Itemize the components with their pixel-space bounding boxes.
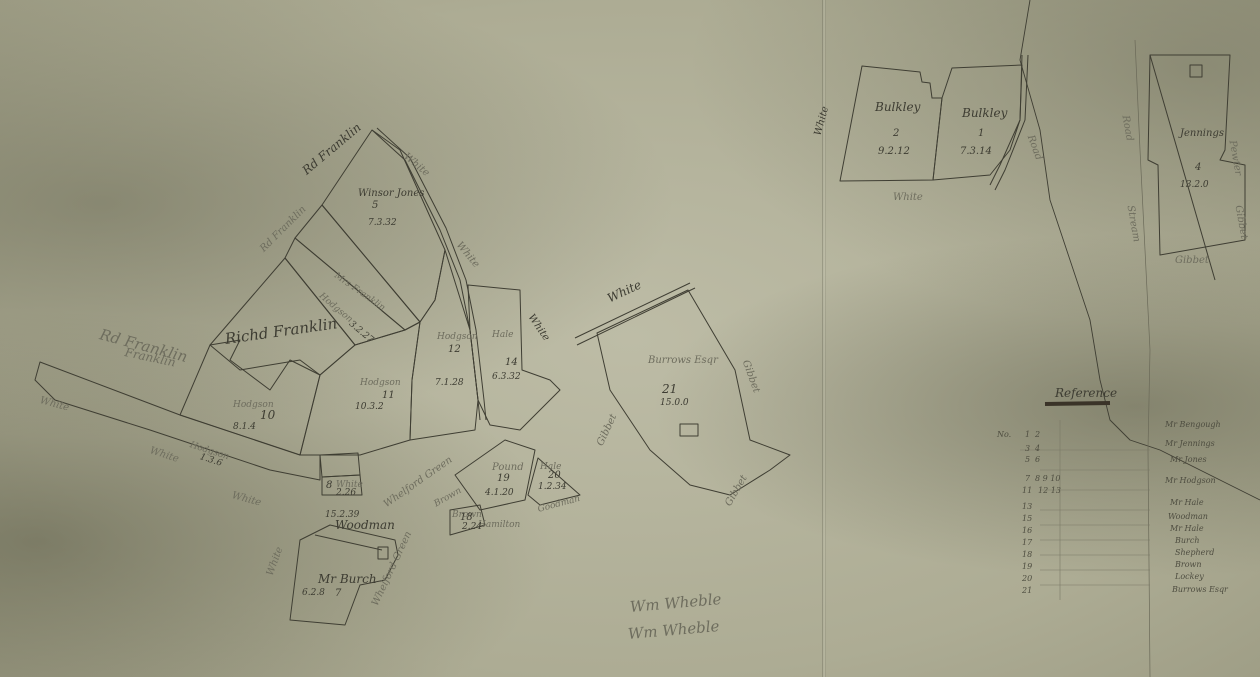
parcel-4-number: 4 (1195, 162, 1201, 173)
parcel-5-number: 5 (372, 200, 378, 211)
parcel-20-area: 1.2.34 (538, 482, 567, 492)
ref-no: 11 (1022, 486, 1032, 495)
parcel-1-number: 1 (978, 128, 984, 139)
label-gibbet-se: Gibbet (1175, 255, 1209, 266)
parcel-19-owner: Pound (492, 462, 524, 473)
parcel-1-area: 7.3.14 (960, 146, 992, 157)
ref-no: 5 (1025, 455, 1030, 464)
parcel-21-area: 15.0.0 (660, 398, 689, 408)
parcel-12-number: 12 (448, 344, 461, 355)
parcel-14-area: 6.3.32 (492, 372, 521, 382)
ref-no: 13 (1022, 502, 1032, 511)
ref-no: 1 (1025, 430, 1030, 439)
parcel-2-owner: Bulkley (875, 100, 920, 114)
parcel-11-number: 11 (382, 390, 395, 401)
parcel-21-owner: Burrows Esqr (648, 355, 718, 366)
parcel-5-area: 7.3.32 (368, 218, 397, 228)
parcel-12-owner: Hodgson (437, 332, 478, 342)
parcel-7-owner: Mr Burch (318, 572, 377, 586)
parcel-4-owner: Jennings (1180, 128, 1224, 139)
ref-name: Mr Jones (1170, 455, 1207, 464)
parcel-1-owner: Bulkley (962, 106, 1007, 120)
ref-sub: 6 (1035, 455, 1040, 464)
ref-no: 21 (1022, 586, 1032, 595)
ref-sub: 4 (1035, 444, 1040, 453)
parcel-8-number: 8 (326, 480, 332, 491)
reference-title: Reference (1055, 386, 1117, 400)
parcel-2-number: 2 (893, 128, 899, 139)
ref-name: Shepherd (1175, 548, 1214, 557)
parcel-19-number: 19 (497, 473, 510, 484)
ref-name: Woodman (1168, 512, 1208, 521)
ref-name: Mr Hale (1170, 498, 1204, 507)
ref-name: Mr Hale (1170, 524, 1204, 533)
parcel-14-number: 14 (505, 357, 518, 368)
ref-sub: 8 9 10 (1035, 474, 1060, 483)
estate-map: Rd Franklin Rd Franklin Richd Franklin R… (0, 0, 1260, 677)
ref-no: 16 (1022, 526, 1032, 535)
ref-name: Brown (1175, 560, 1202, 569)
ref-name: Mr Jennings (1165, 439, 1215, 448)
parcel-16-owner: Woodman (335, 518, 395, 532)
ref-no: 7 (1025, 474, 1030, 483)
parcel-18-area: 2.24 (462, 522, 482, 532)
ref-no: 15 (1022, 514, 1032, 523)
ref-sub: 12 13 (1038, 486, 1061, 495)
parcel-12-area: 7.1.28 (435, 378, 464, 388)
parcel-7-number: 7 (335, 588, 341, 599)
ref-name: Burch (1175, 536, 1200, 545)
parcel-11-owner: Hodgson (360, 378, 401, 388)
ref-no: 20 (1022, 574, 1032, 583)
parcel-boundaries (0, 0, 1260, 677)
label-hamilton: Hamilton (478, 520, 520, 530)
parcel-16-area: 15.2.39 (325, 510, 359, 520)
label-white-south: White (893, 192, 923, 203)
ref-name: Lockey (1175, 572, 1204, 581)
parcel-19-area: 4.1.20 (485, 488, 514, 498)
parcel-4-area: 13.2.0 (1180, 180, 1209, 190)
parcel-5-owner: Winsor Jones (358, 188, 424, 199)
reference-no-label: No. (997, 430, 1011, 439)
ref-name: Mr Hodgson (1165, 476, 1216, 485)
burrows-house (680, 424, 698, 436)
ref-no: 3 (1025, 444, 1030, 453)
parcel-21-number: 21 (662, 382, 677, 396)
parcel-11-area: 10.3.2 (355, 402, 384, 412)
parcel-10-area: 8.1.4 (233, 422, 256, 432)
ref-no: 18 (1022, 550, 1032, 559)
parcel-10-number: 10 (260, 408, 275, 422)
ref-no: 17 (1022, 538, 1032, 547)
parcel-14-owner: Hale (492, 330, 513, 340)
parcel-20-number: 20 (548, 470, 561, 481)
ref-sub: 2 (1035, 430, 1040, 439)
ref-name: Mr Bengough (1165, 420, 1221, 429)
ref-name: Burrows Esqr (1172, 585, 1228, 594)
parcel-8-area: 2.26 (336, 488, 356, 498)
ref-no: 19 (1022, 562, 1032, 571)
parcel-2-area: 9.2.12 (878, 146, 910, 157)
parcel-7-area: 6.2.8 (302, 588, 325, 598)
